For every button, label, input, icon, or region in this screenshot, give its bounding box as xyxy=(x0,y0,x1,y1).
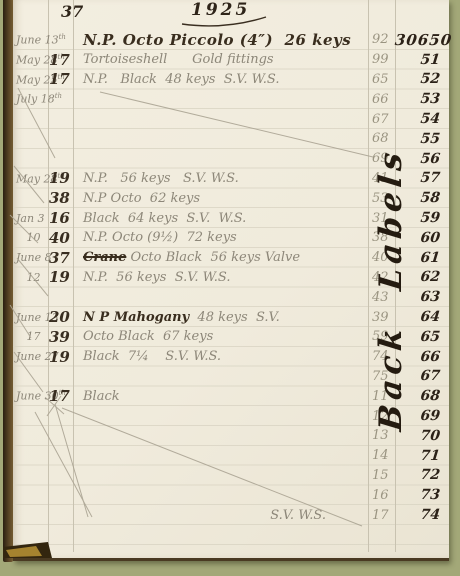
entry-date: 17 xyxy=(13,330,49,343)
entry-description: N.P. Black 48 keys S.V. W.S. xyxy=(75,72,368,87)
entry-number: 16 xyxy=(368,488,395,503)
ledger-row: 15 72 xyxy=(13,466,449,486)
entry-qty: 19 xyxy=(49,169,75,187)
entry-description: N.P. 56 keys S.V. W.S. xyxy=(75,270,368,285)
ledger-row: 16 73 xyxy=(13,485,449,505)
entry-description: Black 64 keys S.V. W.S. xyxy=(75,211,368,226)
entry-date: June 8 xyxy=(13,251,49,264)
entry-qty: 20 xyxy=(49,308,75,326)
ledger-row: May 25th 17 N.P. Black 48 keys S.V. W.S.… xyxy=(13,70,449,90)
entry-date: June 30th xyxy=(13,389,49,403)
entry-qty: 17 xyxy=(49,51,75,69)
entry-description: N P Mahogany 48 keys S.V. xyxy=(75,310,368,325)
entry-number: 99 xyxy=(368,52,395,67)
entry-serial: 30650 xyxy=(394,31,460,49)
entry-number: 15 xyxy=(368,468,395,483)
entry-description: Crane Octo Black 56 keys Valve xyxy=(75,250,368,265)
entry-number: 17 xyxy=(368,508,395,523)
entry-description: Black 7¼ S.V. W.S. xyxy=(75,349,368,364)
entry-date: Jan 3 xyxy=(13,212,49,225)
entry-description: N.P Octo 62 keys xyxy=(75,191,368,206)
entry-date: May 28th xyxy=(13,53,49,67)
entry-date: June 13th xyxy=(13,33,49,47)
entry-number: 65 xyxy=(368,72,395,87)
entry-qty: 38 xyxy=(49,189,75,207)
entry-qty: 39 xyxy=(49,328,75,346)
entry-serial: 74 xyxy=(394,507,450,523)
ledger-row: June 13th N.P. Octo Piccolo (4″) 26 keys… xyxy=(13,30,449,50)
entry-date: June 13 xyxy=(13,311,49,324)
entry-description: N.P. 56 keys S.V. W.S. xyxy=(75,171,368,186)
entry-description: S.V. W.S. xyxy=(75,508,368,523)
entry-number: 66 xyxy=(368,92,395,107)
entry-description: Tortoiseshell Gold fittings xyxy=(75,52,368,67)
entry-number: 92 xyxy=(368,32,395,47)
entry-serial: 73 xyxy=(394,487,450,503)
entry-qty: 17 xyxy=(49,70,75,88)
entry-description: Octo Black 67 keys xyxy=(75,329,368,344)
entry-serial: 52 xyxy=(394,71,450,87)
entry-serial: 72 xyxy=(394,467,450,483)
entry-qty: 19 xyxy=(49,268,75,286)
ledger-page: 37 1925 June 13th N.P. Octo Piccolo (4″)… xyxy=(13,0,449,561)
entry-date: 10 xyxy=(13,231,49,244)
entry-qty: 40 xyxy=(49,229,75,247)
entry-date: May 25th xyxy=(13,73,49,87)
ledger-row: July 18th 66 53 xyxy=(13,89,449,109)
entry-date: June 27 xyxy=(13,350,49,363)
entry-description: Black xyxy=(75,389,368,404)
entry-date: July 18th xyxy=(13,92,49,106)
entry-qty: 17 xyxy=(49,387,75,405)
entry-qty: 19 xyxy=(49,348,75,366)
entry-description: N.P. Octo (9½) 72 keys xyxy=(75,230,368,245)
entry-date: May 28th xyxy=(13,172,49,186)
entry-serial: 51 xyxy=(394,52,450,68)
margin-note: Back Labels xyxy=(369,122,413,457)
book-cover-edge xyxy=(3,0,13,562)
entry-date: 12 xyxy=(13,271,49,284)
entry-serial: 53 xyxy=(394,91,450,107)
ledger-row: S.V. W.S. 17 74 xyxy=(13,505,449,525)
entry-description: N.P. Octo Piccolo (4″) 26 keys xyxy=(75,31,368,49)
ledger-photo: { "header": { "page_number": "37", "year… xyxy=(0,0,460,576)
entry-qty: 37 xyxy=(49,249,75,267)
entry-qty: 16 xyxy=(49,209,75,227)
year-heading: 1925 xyxy=(191,0,250,20)
ledger-row: May 28th 17 Tortoiseshell Gold fittings … xyxy=(13,50,449,70)
page-number: 37 xyxy=(61,2,83,21)
